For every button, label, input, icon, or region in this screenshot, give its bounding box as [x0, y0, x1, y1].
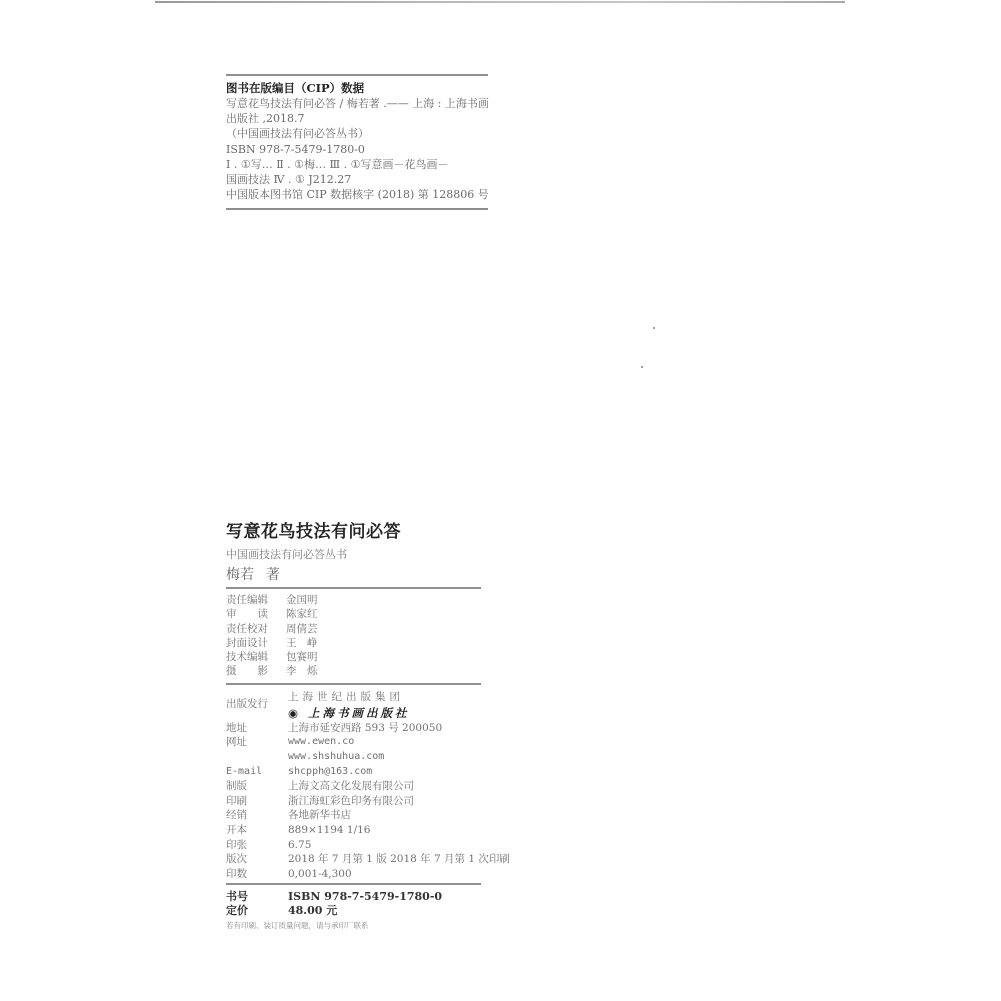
publisher-label: 出版发行 — [226, 690, 288, 721]
info-value: 2018 年 7 月第 1 版 2018 年 7 月第 1 次印刷 — [288, 852, 510, 867]
author-role: 著 — [266, 567, 280, 583]
price-block: 书号ISBN 978-7-5479-1780-0 定价48.00 元 若有印刷、… — [226, 883, 481, 932]
publisher-logo: ◉ 上海书画出版社 — [288, 705, 410, 721]
credit-row: 摄 影李 烁 — [226, 664, 481, 678]
info-value: 各地新华书店 — [288, 808, 481, 823]
info-label: 制版 — [226, 779, 288, 794]
page-top-edge — [155, 1, 845, 3]
info-row: 印数0,001-4,300 — [226, 867, 481, 882]
info-row: 印张6.75 — [226, 838, 481, 853]
price-row: 定价48.00 元 — [226, 904, 481, 918]
colophon-block: 写意花鸟技法有问必答 中国画技法有问必答丛书 梅若著 责任编辑金国明 审 读陈家… — [226, 520, 481, 932]
info-label: 经销 — [226, 808, 288, 823]
credit-name: 周倩芸 — [286, 622, 481, 636]
credit-name: 李 烁 — [286, 664, 481, 678]
cip-line: （中国画技法有问必答丛书） — [226, 126, 488, 141]
credit-row: 责任校对周倩芸 — [226, 622, 481, 636]
credit-name: 陈家红 — [286, 607, 481, 621]
info-label: 印数 — [226, 867, 288, 882]
credit-role: 技术编辑 — [226, 650, 286, 664]
credit-role: 审 读 — [226, 607, 286, 621]
credit-name: 王 峥 — [286, 636, 481, 650]
info-value: 6.75 — [288, 838, 481, 853]
cip-line: Ⅰ . ①写… Ⅱ . ①梅… Ⅲ . ①写意画－花鸟画－ — [226, 157, 488, 172]
cip-line: 出版社 ,2018.7 — [226, 111, 488, 126]
info-row: 印刷浙江海虹彩色印务有限公司 — [226, 794, 481, 809]
info-label: 印张 — [226, 838, 288, 853]
info-label — [226, 750, 288, 765]
info-row: E-mailshcpph@163.com — [226, 765, 481, 780]
book-title: 写意花鸟技法有问必答 — [226, 520, 481, 544]
info-label: E-mail — [226, 765, 288, 780]
isbn-label: 书号 — [226, 890, 288, 904]
divider — [226, 208, 488, 210]
quality-note: 若有印刷、装订质量问题，请与承印厂联系 — [226, 920, 481, 932]
divider — [226, 587, 481, 589]
info-row: 开本889×1194 1/16 — [226, 823, 481, 838]
isbn-row: 书号ISBN 978-7-5479-1780-0 — [226, 890, 481, 904]
info-row: 网址www.ewen.co — [226, 735, 481, 750]
info-label: 地址 — [226, 721, 288, 736]
info-row: www.shshuhua.com — [226, 750, 481, 765]
credits-list: 责任编辑金国明 审 读陈家红 责任校对周倩芸 封面设计王 峥 技术编辑包赛明 摄… — [226, 593, 481, 679]
price-value: 48.00 元 — [288, 904, 481, 918]
cip-line: 国画技法 Ⅳ . ① J212.27 — [226, 172, 488, 187]
info-row: 版次2018 年 7 月第 1 版 2018 年 7 月第 1 次印刷 — [226, 852, 481, 867]
author-line: 梅若著 — [226, 565, 481, 585]
credit-row: 封面设计王 峥 — [226, 636, 481, 650]
info-value: 浙江海虹彩色印务有限公司 — [288, 794, 481, 809]
credit-row: 技术编辑包赛明 — [226, 650, 481, 664]
publisher-row: 出版发行 上海世纪出版集团 ◉ 上海书画出版社 — [226, 690, 481, 721]
email-address: shcpph@163.com — [288, 765, 481, 780]
credit-row: 责任编辑金国明 — [226, 593, 481, 607]
info-row: 经销各地新华书店 — [226, 808, 481, 823]
credit-row: 审 读陈家红 — [226, 607, 481, 621]
credit-role: 责任编辑 — [226, 593, 286, 607]
info-value: 0,001-4,300 — [288, 867, 481, 882]
print-speck — [641, 366, 643, 368]
credit-role: 摄 影 — [226, 664, 286, 678]
divider — [226, 883, 481, 885]
info-row: 制版上海文高文化发展有限公司 — [226, 779, 481, 794]
info-label: 版次 — [226, 852, 288, 867]
info-value: 889×1194 1/16 — [288, 823, 481, 838]
cip-line: ISBN 978-7-5479-1780-0 — [226, 142, 488, 157]
website-link: www.shshuhua.com — [288, 750, 481, 765]
info-label: 网址 — [226, 735, 288, 750]
credit-role: 责任校对 — [226, 622, 286, 636]
info-label: 开本 — [226, 823, 288, 838]
credit-name: 包赛明 — [286, 650, 481, 664]
credit-role: 封面设计 — [226, 636, 286, 650]
info-value: 上海文高文化发展有限公司 — [288, 779, 481, 794]
cip-title: 图书在版编目（CIP）数据 — [226, 80, 488, 96]
publication-info: 出版发行 上海世纪出版集团 ◉ 上海书画出版社 地址上海市延安西路 593 号 … — [226, 690, 481, 882]
cip-line: 写意花鸟技法有问必答 / 梅若著 .—— 上海 : 上海书画 — [226, 96, 488, 111]
info-row: 地址上海市延安西路 593 号 200050 — [226, 721, 481, 736]
series-name: 中国画技法有问必答丛书 — [226, 547, 481, 563]
credit-name: 金国明 — [286, 593, 481, 607]
author-name: 梅若 — [226, 567, 254, 583]
publisher-group-name: 上海世纪出版集团 — [288, 690, 410, 705]
divider — [226, 683, 481, 685]
cip-block: 图书在版编目（CIP）数据 写意花鸟技法有问必答 / 梅若著 .—— 上海 : … — [226, 74, 488, 210]
isbn-value: ISBN 978-7-5479-1780-0 — [288, 890, 481, 904]
divider — [226, 74, 488, 76]
info-label: 印刷 — [226, 794, 288, 809]
info-value: 上海市延安西路 593 号 200050 — [288, 721, 481, 736]
print-speck — [653, 327, 655, 329]
website-link: www.ewen.co — [288, 735, 481, 750]
price-label: 定价 — [226, 904, 288, 918]
cip-line: 中国版本图书馆 CIP 数据核字 (2018) 第 128806 号 — [226, 187, 488, 202]
